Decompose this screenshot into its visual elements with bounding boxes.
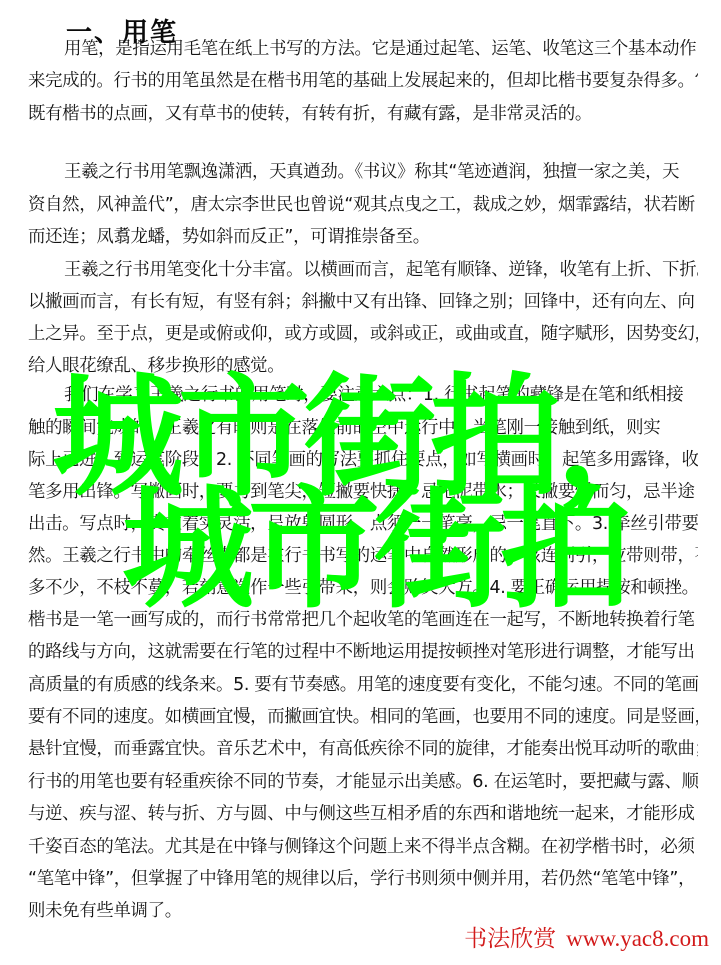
text-line: 行书的用笔也要有轻重疾徐不同的节奏，才能显示出美感。6. 在运笔时，要把藏与露、… (28, 771, 698, 793)
text-line: 而还连；凤翥龙蟠，势如斜而反正”，可谓推崇备至。 (28, 226, 698, 248)
text-line: 的路线与方向，这就需要在行笔的过程中不断地运用提按顿挫对笔形进行调整，才能写出 (28, 641, 698, 663)
text-line: 王羲之行书用笔变化十分丰富。以横画而言，起笔有顺锋、逆锋，收笔有上折、下折。 (64, 259, 698, 281)
text-line: 王羲之行书用笔飘逸潇洒，天真遒劲。《书议》称其“笔迹遒润，独擅一家之美，天 (64, 161, 698, 183)
text-line: 给人眼花缭乱、移步换形的感觉。 (28, 355, 698, 377)
text-line: 笔多用出锋。写撇画时，要力到笔尖，短撇要快捷，忌拖泥带水；长撇要慢而匀，忌半途 (28, 481, 698, 503)
text-line: 则未免有些单调了。 (28, 900, 698, 922)
text-line: 悬针宜慢，而垂露宜快。音乐艺术中，有高低疾徐不同的旋律，才能奏出悦耳动听的歌曲； (28, 738, 698, 760)
text-line: 要有不同的速度。如横画宜慢，而撇画宜快。相同的笔画，也要用不同的速度。同是竖画， (28, 706, 698, 728)
text-line: 与逆、疾与涩、转与折、方与圆、中与侧这些互相矛盾的东西和谐地统一起来，才能形成 (28, 803, 698, 825)
text-line: 高质量的有质感的线条来。5. 要有节奏感。用笔的速度要有变化，不能匀速。不同的笔… (28, 674, 698, 696)
text-line: 际上已进入到运笔阶段。2. 不同笔画的写法要抓住要点，如写横画时，起笔多用露锋，… (28, 449, 698, 471)
scanned-page: 一、用笔 用笔，是指运用毛笔在纸上书写的方法。它是通过起笔、运笔、收笔这三个基本… (0, 0, 721, 965)
text-line: 楷书是一笔一画写成的，而行书常常把几个起收笔的笔画连在一起写，不断地转换着行笔 (28, 609, 698, 631)
text-line: 以撇画而言，有长有短，有竖有斜；斜撇中又有出锋、回锋之别；回锋中，还有向左、向 (28, 291, 698, 313)
watermark-url[interactable]: www.yac8.com (566, 926, 709, 951)
text-line: 出击。写点时，贵在着实灵活，呈放射圆形，点须一一笔毫，忌一笔直下。3. 牵丝引带… (28, 513, 698, 535)
site-watermark: 书法欣赏www.yac8.com (464, 920, 709, 953)
text-line: 来完成的。行书的用笔虽然是在楷书用笔的基础上发展起来的，但却比楷书要复杂得多。它 (28, 70, 698, 92)
text-line: “笔笔中锋”，但掌握了中锋用笔的规律以后，学行书则须中侧并用，若仍然“笔笔中锋”… (28, 868, 698, 890)
text-line: 千姿百态的笔法。尤其是在中锋与侧锋这个问题上来不得半点含糊。在初学楷书时，必须 (28, 836, 698, 858)
text-line: 用笔，是指运用毛笔在纸上书写的方法。它是通过起笔、运笔、收笔这三个基本动作 (64, 38, 698, 60)
watermark-label: 书法欣赏 (464, 926, 556, 951)
text-line: 然。王羲之行书中的牵丝带都是在行书书写的运笔中自然形成的，该连则引，应带则带，不 (28, 545, 698, 567)
text-line: 上之异。至于点，更是或俯或仰，或方或圆，或斜或正，或曲或直，随字赋形，因势变幻， (28, 323, 698, 345)
text-line: 多不少，不枝不蔓，若刻意造作一些引带来，则会贻笑大方。4. 要正确运用提按和顿挫… (28, 577, 698, 599)
text-line: 我们在学习王羲之行书的用笔时，要注意六点：1. 行书起笔的藏锋是在笔和纸相接 (64, 384, 698, 406)
text-line: 资自然，风神盖代”，唐太宗李世民也曾说“观其点曳之工，裁成之妙，烟霏露结，状若断 (28, 194, 698, 216)
text-line: 触的瞬间完成的，王羲之有时则是在落笔前的空中运行中，当笔刚一接触到纸，则实 (28, 417, 698, 439)
text-line: 既有楷书的点画，又有草书的使转，有转有折，有藏有露，是非常灵活的。 (28, 103, 698, 125)
